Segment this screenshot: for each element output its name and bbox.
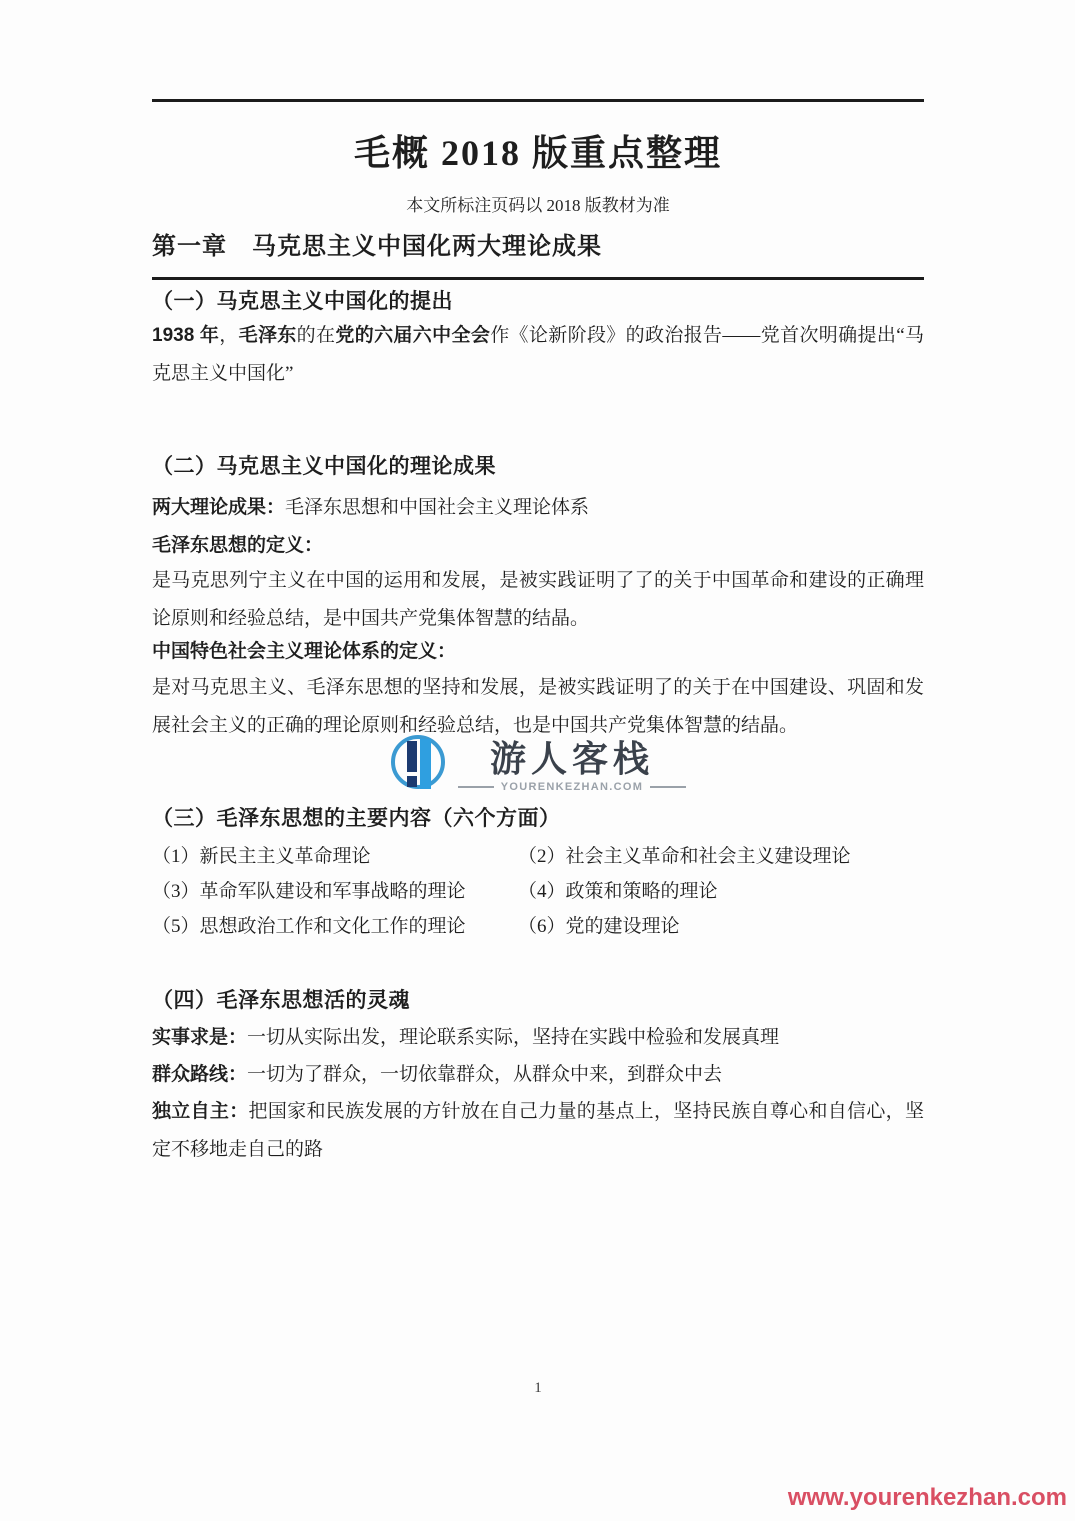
watermark-right-dash — [650, 786, 686, 788]
list-item-6: （6）党的建设理论 — [518, 909, 924, 944]
seeking-truth-line: 实事求是：一切从实际出发，理论联系实际，坚持在实践中检验和发展真理 — [152, 1019, 924, 1057]
two-theory-results-line: 两大理论成果：毛泽东思想和中国社会主义理论体系 — [152, 489, 924, 527]
list-item-5: （5）思想政治工作和文化工作的理论 — [152, 909, 518, 944]
page-number: 1 — [152, 1380, 924, 1397]
watermark: 游人客栈 YOURENKEZHAN.COM — [152, 733, 924, 798]
main-contents-list: （1）新民主主义革命理论 （2）社会主义革命和社会主义建设理论 （3）革命军队建… — [152, 839, 924, 944]
section-4-heading: （四）毛泽东思想活的灵魂 — [152, 986, 924, 1016]
yourenkezhan-logo-icon — [390, 733, 448, 798]
site-url-watermark: www.yourenkezhan.com — [788, 1483, 1067, 1513]
independence-line: 独立自主：把国家和民族发展的方针放在自己力量的基点上，坚持民族自尊心和自信心，坚… — [152, 1093, 924, 1169]
watermark-left-dash — [458, 786, 494, 788]
list-item-4: （4）政策和策略的理论 — [518, 874, 924, 909]
watermark-name: 游人客栈 — [490, 739, 654, 779]
mao-thought-definition-text: 是马克思列宁主义在中国的运用和发展，是被实践证明了了的关于中国革命和建设的正确理… — [152, 562, 924, 638]
document-page: 毛概 2018 版重点整理 本文所标注页码以 2018 版教材为准 第一章 马克… — [0, 0, 1075, 1521]
mao-thought-definition-label: 毛泽东思想的定义： — [152, 527, 924, 565]
mass-line-line: 群众路线：一切为了群众，一切依靠群众，从群众中来，到群众中去 — [152, 1056, 924, 1094]
top-horizontal-rule — [152, 99, 924, 102]
chapter-horizontal-rule — [152, 277, 924, 280]
chinese-characteristics-definition-label: 中国特色社会主义理论体系的定义： — [152, 633, 924, 671]
section-1-paragraph: 1938 年，毛泽东的在党的六届六中全会作《论新阶段》的政治报告——党首次明确提… — [152, 317, 924, 393]
document-subtitle: 本文所标注页码以 2018 版教材为准 — [152, 192, 924, 220]
section-3-heading: （三）毛泽东思想的主要内容（六个方面） — [152, 804, 924, 834]
section-2-heading: （二）马克思主义中国化的理论成果 — [152, 452, 924, 482]
section-1-heading: （一）马克思主义中国化的提出 — [152, 287, 924, 317]
chapter-heading: 第一章 马克思主义中国化两大理论成果 — [152, 230, 924, 264]
list-item-3: （3）革命军队建设和军事战略的理论 — [152, 874, 518, 909]
list-item-1: （1）新民主主义革命理论 — [152, 839, 518, 874]
list-item-2: （2）社会主义革命和社会主义建设理论 — [518, 839, 924, 874]
watermark-site-row: YOURENKEZHAN.COM — [458, 781, 686, 793]
document-title: 毛概 2018 版重点整理 — [152, 126, 924, 180]
watermark-site-text: YOURENKEZHAN.COM — [501, 781, 643, 793]
